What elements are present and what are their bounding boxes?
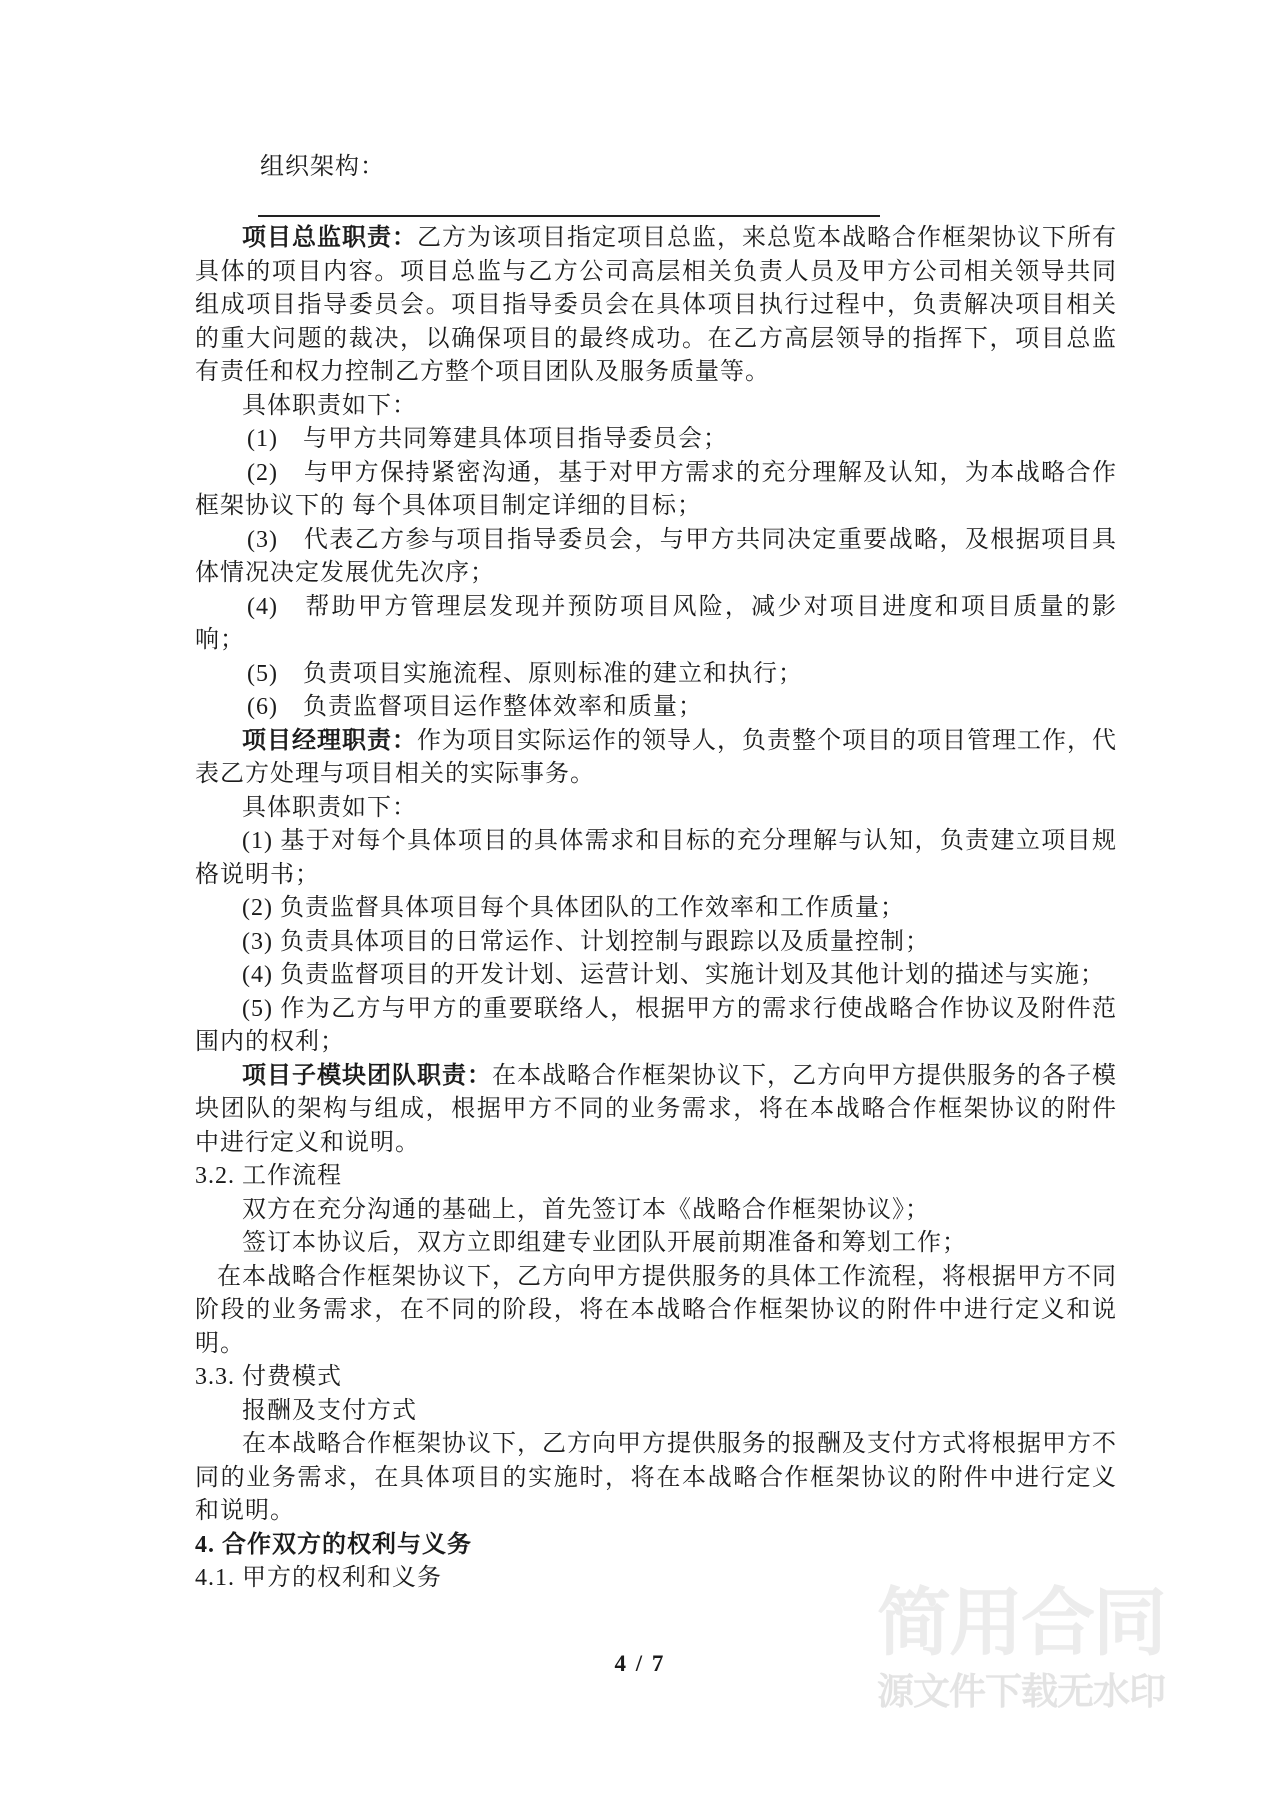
paragraph-lead-bold: 项目经理职责： bbox=[242, 728, 417, 754]
section-heading-3-3: 3.3. 付费模式 bbox=[195, 1361, 1117, 1395]
list-item-4: (4) 负责监督项目的开发计划、运营计划、实施计划及其他计划的描述与实施； bbox=[195, 959, 1117, 993]
paragraph-lead-bold: 项目子模块团队职责： bbox=[242, 1063, 492, 1089]
page-number: 4 / 7 bbox=[0, 1651, 1280, 1677]
paragraph-director-duty: 项目总监职责：乙方为该项目指定项目总监，来总览本战略合作框架协议下所有具体的项目… bbox=[195, 222, 1117, 390]
blank-underline bbox=[258, 215, 880, 217]
paragraph: 在本战略合作框架协议下，乙方向甲方提供服务的具体工作流程，将根据甲方不同阶段的业… bbox=[195, 1261, 1117, 1362]
paragraph-manager-duty: 项目经理职责：作为项目实际运作的领导人，负责整个项目的项目管理工作，代表乙方处理… bbox=[195, 725, 1117, 792]
list-item-6: (6) 负责监督项目运作整体效率和质量； bbox=[195, 691, 1117, 725]
section-heading-3-2: 3.2. 工作流程 bbox=[195, 1160, 1117, 1194]
list-item-2: (2) 负责监督具体项目每个具体团队的工作效率和工作质量； bbox=[195, 892, 1117, 926]
watermark-subtitle-text: 源文件下载无水印 bbox=[877, 1672, 1165, 1712]
list-item-5: (5) 负责项目实施流程、原则标准的建立和执行； bbox=[195, 658, 1117, 692]
document-body: 组织架构： 项目总监职责：乙方为该项目指定项目总监，来总览本战略合作框架协议下所… bbox=[195, 151, 1117, 1596]
list-item-4: (4) 帮助甲方管理层发现并预防项目风险，减少对项目进度和项目质量的影响； bbox=[195, 591, 1117, 658]
section-heading-4-1: 4.1. 甲方的权利和义务 bbox=[195, 1562, 1117, 1596]
list-item-3: (3) 负责具体项目的日常运作、计划控制与跟踪以及质量控制； bbox=[195, 926, 1117, 960]
list-item-1: (1) 与甲方共同筹建具体项目指导委员会； bbox=[195, 423, 1117, 457]
paragraph: 在本战略合作框架协议下，乙方向甲方提供服务的报酬及支付方式将根据甲方不同的业务需… bbox=[195, 1428, 1117, 1529]
paragraph-stack: 项目总监职责：乙方为该项目指定项目总监，来总览本战略合作框架协议下所有具体的项目… bbox=[195, 222, 1117, 1596]
paragraph-lead-bold: 项目总监职责： bbox=[242, 225, 417, 251]
paragraph: 双方在充分沟通的基础上，首先签订本《战略合作框架协议》； bbox=[195, 1194, 1117, 1228]
list-item-1: (1) 基于对每个具体项目的具体需求和目标的充分理解与认知，负责建立项目规格说明… bbox=[195, 825, 1117, 892]
paragraph-submodule-duty: 项目子模块团队职责：在本战略合作框架协议下，乙方向甲方提供服务的各子模块团队的架… bbox=[195, 1060, 1117, 1161]
document-page: 简用合同 源文件下载无水印 组织架构： 项目总监职责：乙方为该项目指定项目总监，… bbox=[0, 0, 1280, 1810]
section-heading-4: 4. 合作双方的权利与义务 bbox=[195, 1529, 1117, 1563]
org-structure-label: 组织架构： bbox=[195, 151, 1117, 185]
paragraph-duties-intro: 具体职责如下： bbox=[195, 390, 1117, 424]
list-item-3: (3) 代表乙方参与项目指导委员会，与甲方共同决定重要战略，及根据项目具体情况决… bbox=[195, 524, 1117, 591]
watermark-brand-text: 简用合同 bbox=[877, 1586, 1165, 1660]
list-item-2: (2) 与甲方保持紧密沟通，基于对甲方需求的充分理解及认知，为本战略合作框架协议… bbox=[195, 457, 1117, 524]
list-item-5: (5) 作为乙方与甲方的重要联络人，根据甲方的需求行使战略合作协议及附件范围内的… bbox=[195, 993, 1117, 1060]
paragraph-duties-intro: 具体职责如下： bbox=[195, 792, 1117, 826]
paragraph: 报酬及支付方式 bbox=[195, 1395, 1117, 1429]
paragraph: 签订本协议后，双方立即组建专业团队开展前期准备和筹划工作； bbox=[195, 1227, 1117, 1261]
